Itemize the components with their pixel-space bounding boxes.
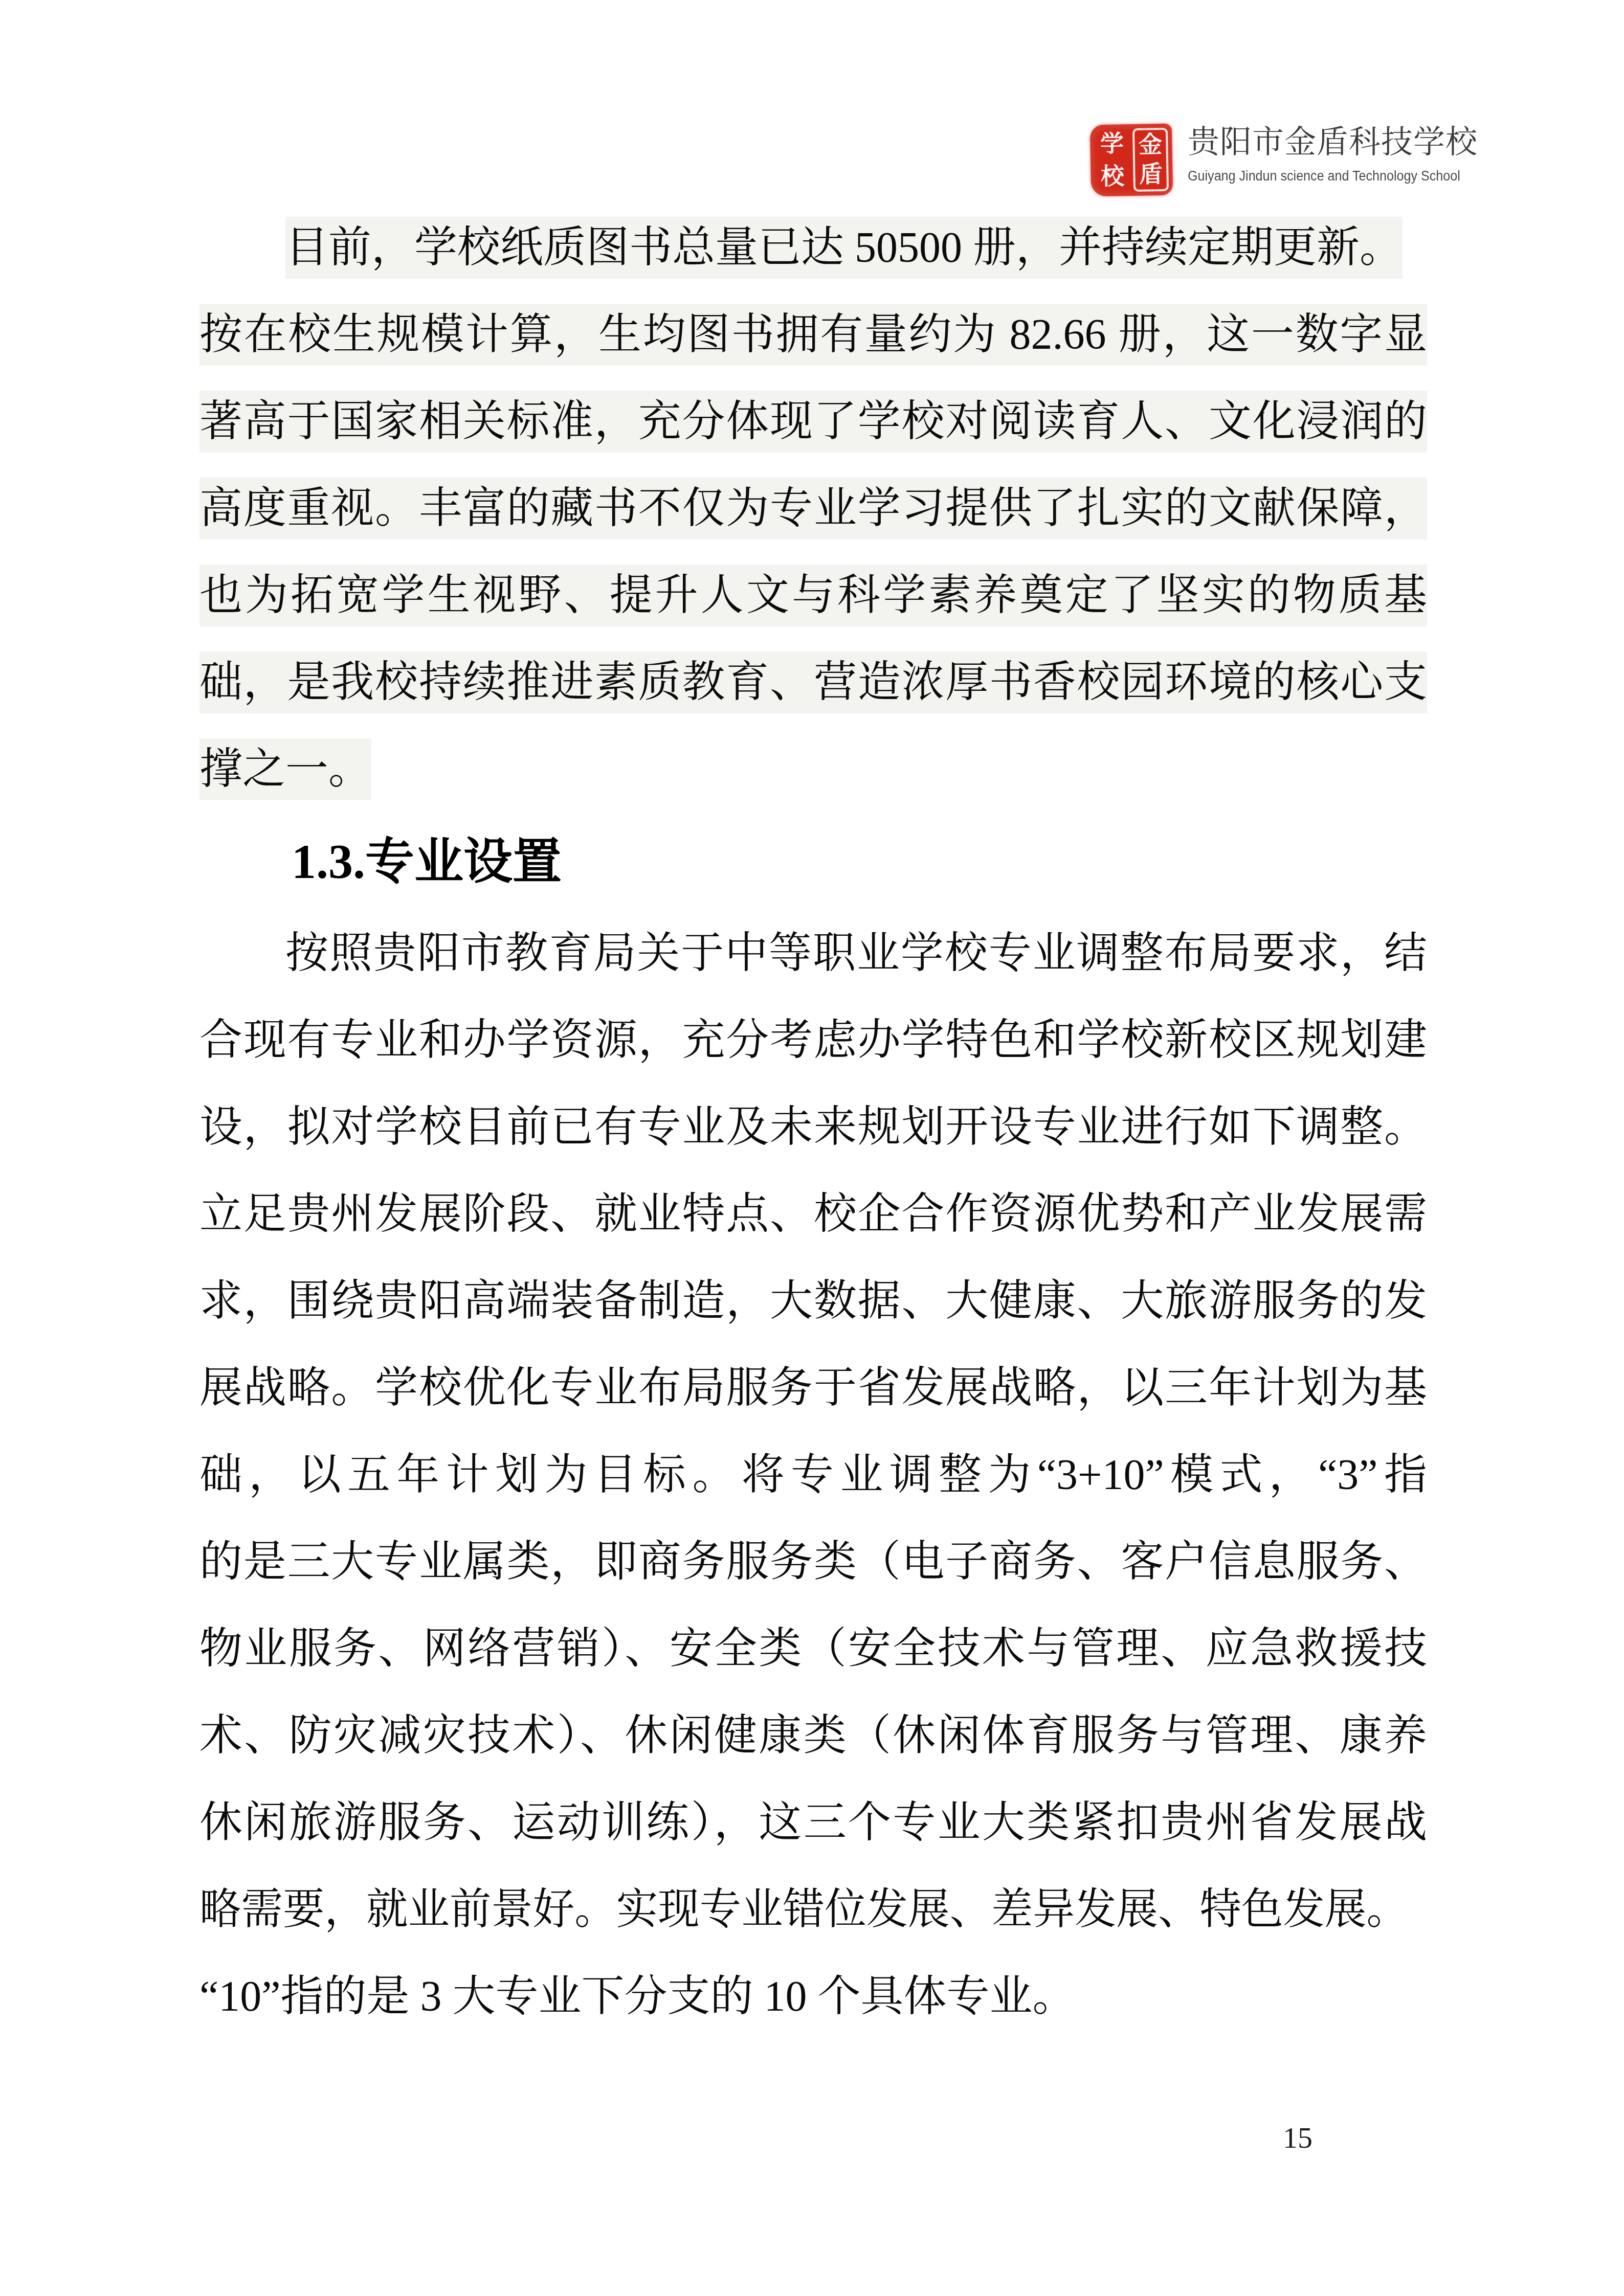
- text-line: 础，以五年计划为目标。将专业调整为“3+10”模式，“3”指: [199, 1432, 1427, 1519]
- text-line: 高度重视。丰富的藏书不仅为专业学习提供了扎实的文献保障，: [199, 465, 1427, 552]
- text-line: 立足贵州发展阶段、就业特点、校企合作资源优势和产业发展需: [199, 1171, 1427, 1258]
- school-name-english: Guiyang Jindun science and Technology Sc…: [1188, 167, 1454, 185]
- school-name-chinese: 贵阳市金盾科技学校: [1188, 124, 1474, 162]
- text-line-text: 的是三大专业属类，即商务服务类（电子商务、客户信息服务、: [199, 1538, 1427, 1586]
- text-line-text: 撑之一。: [199, 738, 371, 800]
- text-line: “10”指的是 3 大专业下分支的 10 个具体专业。: [199, 1953, 1427, 2040]
- text-line-text: “10”指的是 3 大专业下分支的 10 个具体专业。: [199, 1973, 1076, 2020]
- text-line-text: 著高于国家相关标准，充分体现了学校对阅读育人、文化浸润的: [199, 391, 1427, 453]
- seal-left-column: 学校: [1093, 127, 1131, 193]
- school-seal-logo: 学校 金盾: [1090, 124, 1173, 197]
- text-line-text: 术、防灾减灾技术）、休闲健康类（休闲体育服务与管理、康养: [199, 1712, 1427, 1760]
- text-line: 撑之一。: [199, 726, 1427, 813]
- section-heading: 1.3.专业设置: [199, 813, 1427, 910]
- text-line-text: 休闲旅游服务、运动训练），这三个专业大类紧扣贵州省发展战: [199, 1799, 1427, 1847]
- text-line: 略需要，就业前景好。实现专业错位发展、差异发展、特色发展。: [199, 1866, 1427, 1953]
- text-line-text: 也为拓宽学生视野、提升人文与科学素养奠定了坚实的物质基: [199, 565, 1427, 626]
- text-line: 设，拟对学校目前已有专业及未来规划开设专业进行如下调整。: [199, 1084, 1427, 1171]
- text-line-text: 求，围绕贵阳高端装备制造，大数据、大健康、大旅游服务的发: [199, 1277, 1427, 1325]
- seal-character: 盾: [1139, 160, 1163, 189]
- text-line: 合现有专业和办学资源，充分考虑办学特色和学校新校区规划建: [199, 997, 1427, 1084]
- text-line-text: 物业服务、网络营销）、安全类（安全技术与管理、应急救援技: [199, 1625, 1427, 1673]
- text-line: 展战略。学校优化专业布局服务于省发展战略，以三年计划为基: [199, 1345, 1427, 1432]
- text-line-text: 立足贵州发展阶段、就业特点、校企合作资源优势和产业发展需: [199, 1190, 1427, 1238]
- text-line-text: 目前，学校纸质图书总量已达 50500 册，并持续定期更新。: [285, 217, 1403, 279]
- text-line-text: 合现有专业和办学资源，充分考虑办学特色和学校新校区规划建: [199, 1017, 1427, 1064]
- text-line: 术、防灾减灾技术）、休闲健康类（休闲体育服务与管理、康养: [199, 1693, 1427, 1780]
- text-line: 按照贵阳市教育局关于中等职业学校专业调整布局要求，结: [199, 910, 1427, 997]
- text-line: 按在校生规模计算，生均图书拥有量约为 82.66 册，这一数字显: [199, 291, 1427, 378]
- text-line-text: 础，是我校持续推进素质教育、营造浓厚书香校园环境的核心支: [199, 651, 1427, 713]
- text-line-text: 设，拟对学校目前已有专业及未来规划开设专业进行如下调整。: [199, 1104, 1427, 1151]
- seal-right-column: 金盾: [1132, 128, 1169, 192]
- text-line-text: 展战略。学校优化专业布局服务于省发展战略，以三年计划为基: [199, 1364, 1427, 1412]
- text-line: 目前，学校纸质图书总量已达 50500 册，并持续定期更新。: [199, 205, 1427, 291]
- text-line: 著高于国家相关标准，充分体现了学校对阅读育人、文化浸润的: [199, 378, 1427, 465]
- section-heading-text: 1.3.专业设置: [292, 834, 562, 889]
- document-lines: 目前，学校纸质图书总量已达 50500 册，并持续定期更新。按在校生规模计算，生…: [199, 205, 1427, 2040]
- seal-character: 金: [1139, 130, 1163, 160]
- text-line-text: 高度重视。丰富的藏书不仅为专业学习提供了扎实的文献保障，: [199, 478, 1427, 539]
- text-line: 也为拓宽学生视野、提升人文与科学素养奠定了坚实的物质基: [199, 552, 1427, 639]
- text-line-text: 略需要，就业前景好。实现专业错位发展、差异发展、特色发展。: [199, 1866, 1408, 1953]
- text-line-text: 础，以五年计划为目标。将专业调整为“3+10”模式，“3”指: [199, 1451, 1427, 1499]
- seal-character: 学: [1100, 129, 1124, 159]
- seal-character: 校: [1101, 162, 1125, 191]
- text-line-text: 按照贵阳市教育局关于中等职业学校专业调整布局要求，结: [285, 930, 1427, 977]
- page-number: 15: [1283, 2120, 1312, 2156]
- text-line: 物业服务、网络营销）、安全类（安全技术与管理、应急救援技: [199, 1606, 1427, 1693]
- page-header: 学校 金盾 贵阳市金盾科技学校 Guiyang Jindun science a…: [0, 0, 1624, 205]
- text-line: 休闲旅游服务、运动训练），这三个专业大类紧扣贵州省发展战: [199, 1780, 1427, 1866]
- text-line: 求，围绕贵阳高端装备制造，大数据、大健康、大旅游服务的发: [199, 1258, 1427, 1345]
- text-line-text: 按在校生规模计算，生均图书拥有量约为 82.66 册，这一数字显: [199, 304, 1427, 366]
- text-line: 的是三大专业属类，即商务服务类（电子商务、客户信息服务、: [199, 1519, 1427, 1606]
- text-line: 础，是我校持续推进素质教育、营造浓厚书香校园环境的核心支: [199, 639, 1427, 726]
- document-page: 学校 金盾 贵阳市金盾科技学校 Guiyang Jindun science a…: [0, 0, 1624, 2296]
